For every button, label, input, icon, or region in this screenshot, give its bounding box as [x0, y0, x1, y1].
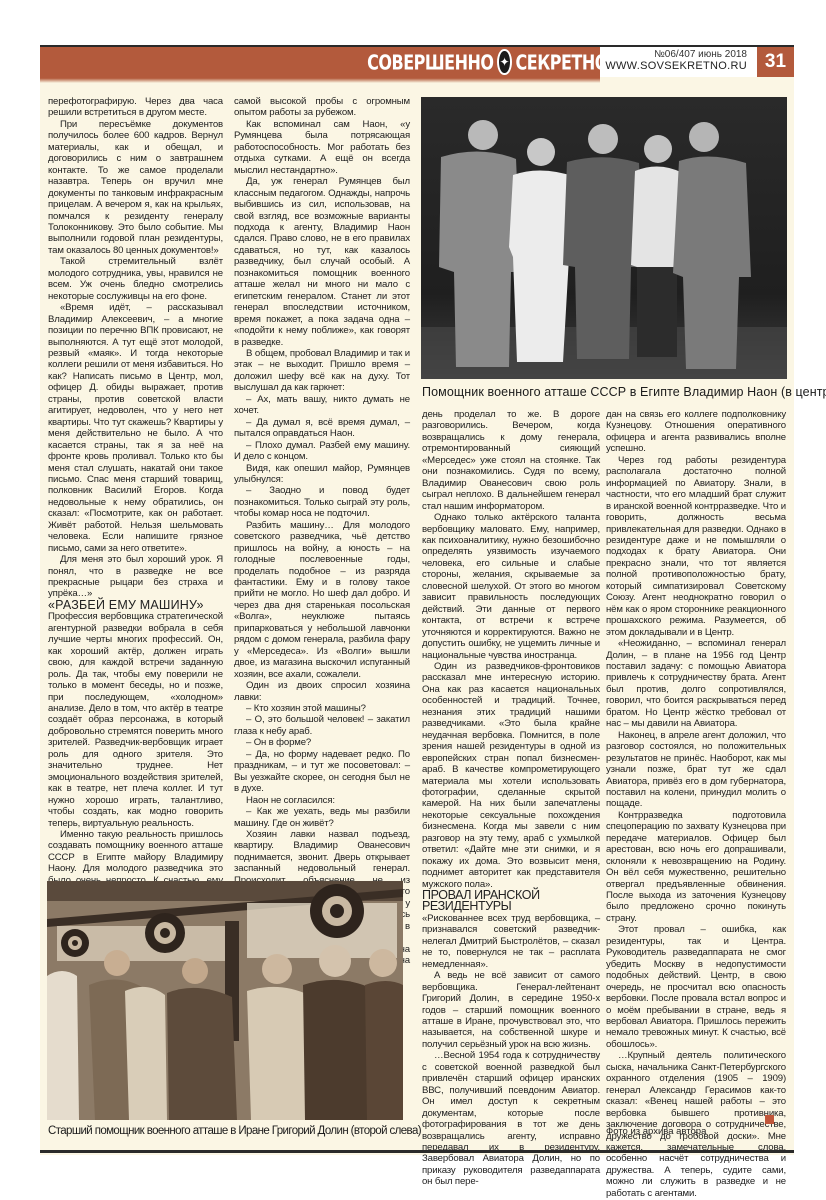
paragraph: При пересъёмке документов получилось бол… [48, 119, 223, 256]
paragraph: «Рискованнее всех труд вербовщика, – при… [422, 913, 600, 970]
subheading: «РАЗБЕЙ ЕМУ МАШИНУ» [48, 600, 223, 611]
article-column-3: день проделал то же. В дороге разговорил… [422, 409, 600, 1188]
paragraph: Один из разведчиков-фронтовиков рассказа… [422, 661, 600, 890]
logo-word-left: СОВЕРШЕННО [367, 50, 493, 74]
officers-group-illustration [421, 97, 787, 379]
paragraph: «Время идёт, – рассказывал Владимир Алек… [48, 302, 223, 554]
article-column-4: дан на связь его коллеге подполковнику К… [606, 409, 786, 1199]
paragraph: Контрразведка подготовила спецоперацию п… [606, 810, 786, 925]
paragraph: Для меня это был хороший урок. Я понял, … [48, 554, 223, 600]
dialogue-line: – Да, но форму надевает редко. По праздн… [234, 749, 410, 795]
paragraph: …Крупный деятель политического сыска, на… [606, 1050, 786, 1199]
masthead-logo: СОВЕРШЕННО ✦ СЕКРЕТНО [375, 47, 600, 77]
dialogue-line: – Как же уехать, ведь мы разбили машину.… [234, 806, 410, 829]
dialogue-line: – Да думал я, всё время думал, – пытался… [234, 417, 410, 440]
paragraph: перефотографирую. Через два часа решили … [48, 96, 223, 119]
photo-officers-egypt [421, 97, 787, 379]
paragraph: «Неожиданно, – вспоминал генерал Долин, … [606, 638, 786, 730]
paragraph: дан на связь его коллеге подполковнику К… [606, 409, 786, 455]
paragraph: Наон не согласился: [234, 795, 410, 806]
logo-word-right: СЕКРЕТНО [516, 50, 608, 74]
page-bottom-rule [40, 1150, 794, 1153]
subheading: ПРОВАЛ ИРАНСКОЙ РЕЗИДЕНТУРЫ [422, 890, 600, 913]
paragraph: Такой стремительный взлёт молодого сотру… [48, 256, 223, 302]
paragraph: Разбить машину… Для молодого советского … [234, 520, 410, 680]
paragraph: …Весной 1954 года к сотрудничеству с сов… [422, 1050, 600, 1187]
dialogue-line: – Он в форме? [234, 737, 410, 748]
article-column-1: перефотографирую. Через два часа решили … [48, 96, 223, 944]
dialogue-line: – Ах, мать вашу, никто думать не хочет. [234, 394, 410, 417]
paragraph: самой высокой пробы с огромным опытом ра… [234, 96, 410, 119]
issue-info: №06/407 июнь 2018 WWW.SOVSEKRETNO.RU [600, 47, 757, 77]
page-header: ИСТОРИЯ/XX ВЕК СОВЕРШЕННО ✦ СЕКРЕТНО №06… [40, 45, 794, 77]
dialogue-line: – О, это большой человек! – закатил глаз… [234, 714, 410, 737]
article-end-mark [765, 1115, 774, 1124]
dialogue-line: – Плохо думал. Разбей ему машину. И дело… [234, 440, 410, 463]
paragraph: Профессия вербовщика стратегической аген… [48, 611, 223, 829]
paragraph: В общем, пробовал Владимир и так и этак … [234, 348, 410, 394]
dialogue-line: – Кто хозяин этой машины? [234, 703, 410, 714]
spy-emblem-icon: ✦ [497, 49, 511, 75]
photo-dolin-iran [47, 881, 403, 1120]
website-url: WWW.SOVSEKRETNO.RU [600, 60, 747, 72]
paragraph: Один из двоих спросил хозяина лавки: [234, 680, 410, 703]
paragraph: Видя, как опешил майор, Румянцев улыбнул… [234, 463, 410, 486]
paragraph: Да, уж генерал Румянцев был классным пед… [234, 176, 410, 348]
paragraph: Этот провал – ошибка, как резидентуры, т… [606, 924, 786, 1050]
paragraph: А ведь не всё зависит от самого вербовщи… [422, 970, 600, 1050]
paragraph: Как вспоминал сам Наон, «у Румянцева был… [234, 119, 410, 176]
photo-caption-top: Помощник военного атташе СССР в Египте В… [422, 385, 826, 399]
paragraph: Однако только актёрского таланта вербовщ… [422, 512, 600, 661]
dialogue-line: – Заодно и повод будет познакомиться. То… [234, 485, 410, 519]
issue-number-date: №06/407 июнь 2018 [600, 49, 747, 60]
page-number: 31 [757, 47, 794, 77]
paragraph: день проделал то же. В дороге разговорил… [422, 409, 600, 512]
handshake-scene-illustration [47, 881, 403, 1120]
article-column-2: самой высокой пробы с огромным опытом ра… [234, 96, 410, 978]
header-section-bar: ИСТОРИЯ/XX ВЕК [40, 47, 375, 77]
paragraph: Через год работы резидентура располагала… [606, 455, 786, 638]
photo-credit: Фото из архива автора [606, 1126, 706, 1137]
paragraph: Наконец, в апреле агент доложил, что раз… [606, 730, 786, 810]
photo-caption-bottom: Старший помощник военного атташе в Иране… [48, 1125, 421, 1137]
